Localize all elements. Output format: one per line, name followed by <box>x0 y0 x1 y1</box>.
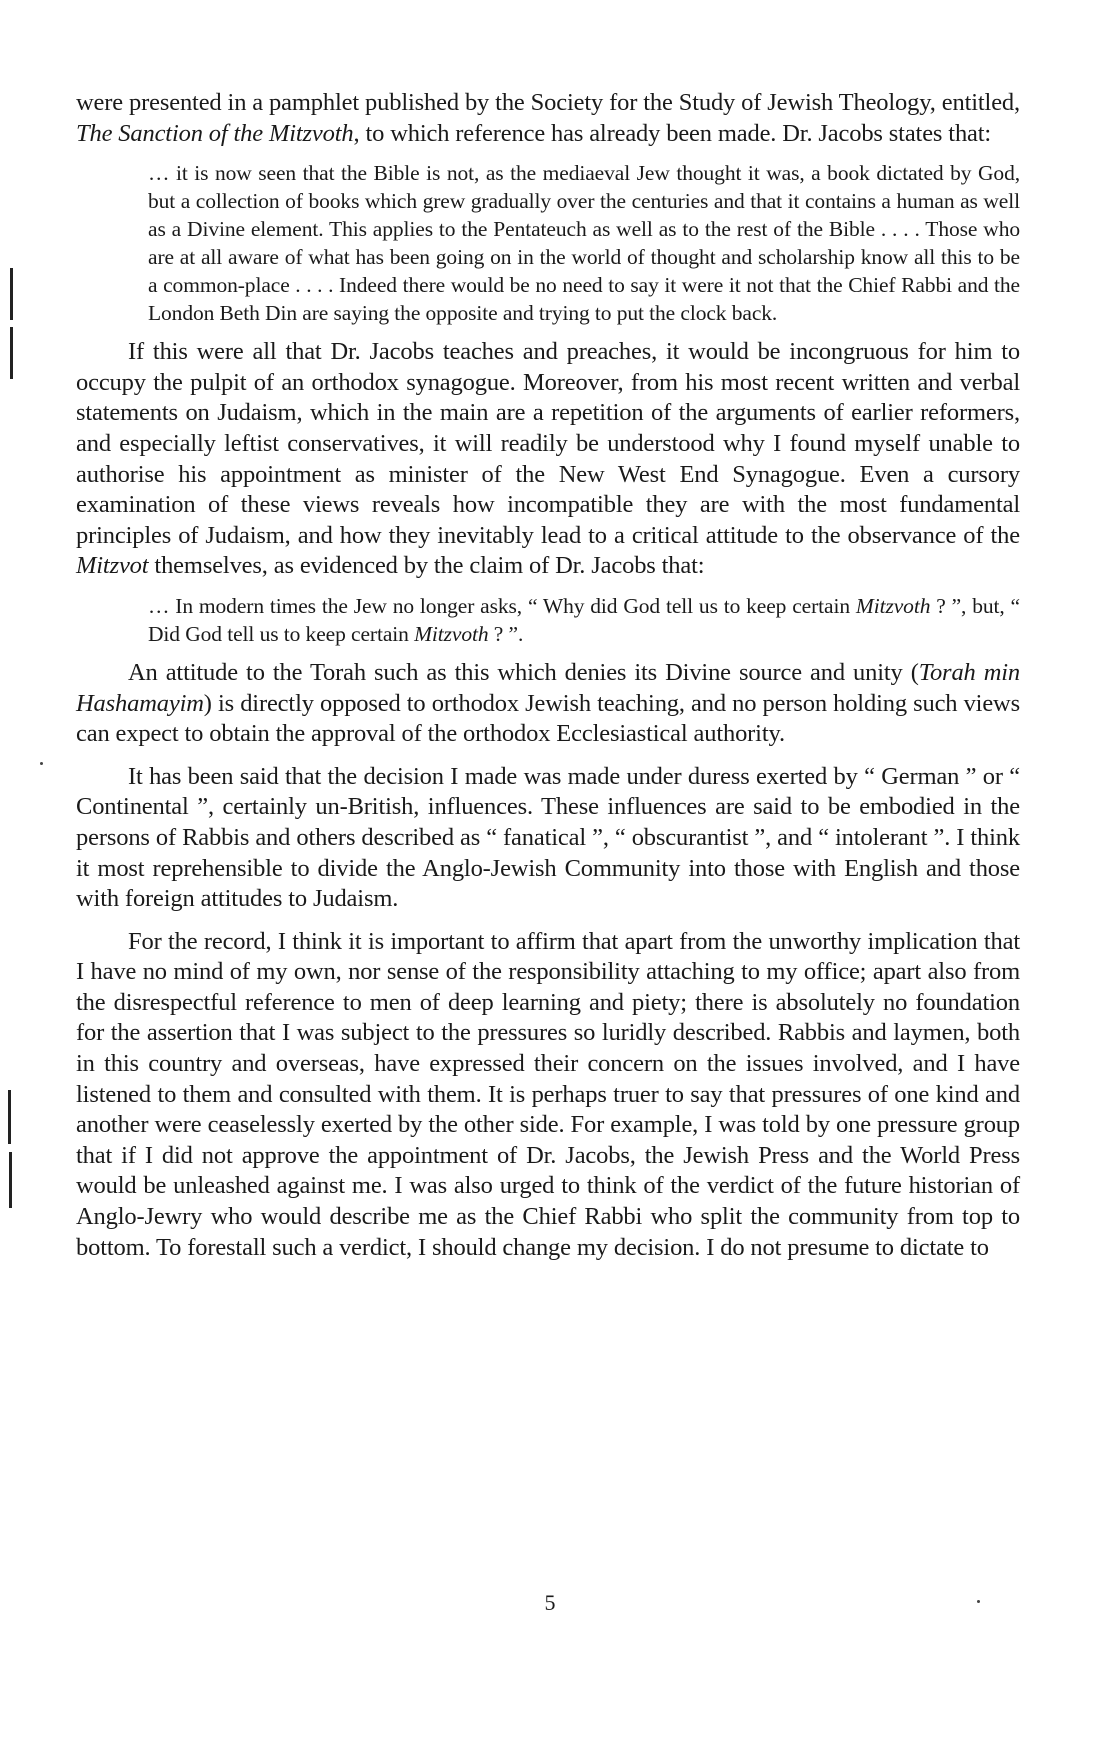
italic-title: The Sanction of the Mitzvoth <box>76 120 354 147</box>
italic-title: Mitzvot <box>76 552 148 579</box>
body-paragraph: It has been said that the decision I mad… <box>76 762 1020 915</box>
paragraph-gap <box>76 915 1020 927</box>
block-quote: … it is now seen that the Bible is not, … <box>148 159 1020 327</box>
paragraph-gap <box>76 327 1020 337</box>
body-paragraph: were presented in a pamphlet published b… <box>76 88 1020 149</box>
text-run: An attitude to the Torah such as this wh… <box>128 659 919 686</box>
text-run: … In modern times the Jew no longer asks… <box>148 594 856 618</box>
paragraph-gap <box>76 582 1020 592</box>
italic-title: Mitzvoth <box>414 622 488 646</box>
text-run: If this were all that Dr. Jacobs teaches… <box>76 338 1020 549</box>
body-paragraph: If this were all that Dr. Jacobs teaches… <box>76 337 1020 582</box>
margin-annotation-mark <box>10 327 13 379</box>
margin-annotation-mark <box>9 1152 12 1208</box>
text-run: … it is now seen that the Bible is not, … <box>148 161 1020 325</box>
paragraph-gap <box>76 149 1020 159</box>
paragraph-gap <box>76 648 1020 658</box>
text-run: ? ”. <box>489 622 524 646</box>
text-run: It has been said that the decision I mad… <box>76 763 1020 912</box>
margin-annotation-mark <box>8 1090 11 1144</box>
body-paragraph: For the record, I think it is important … <box>76 927 1020 1264</box>
italic-title: Mitzvoth <box>856 594 930 618</box>
page-number: 5 <box>0 1590 1100 1616</box>
margin-annotation-mark <box>10 268 13 320</box>
text-run: , to which reference has already been ma… <box>354 120 992 147</box>
body-paragraph: An attitude to the Torah such as this wh… <box>76 658 1020 750</box>
speck <box>643 940 646 943</box>
paragraph-gap <box>76 750 1020 762</box>
text-run: ) is directly opposed to orthodox Jewish… <box>76 690 1020 748</box>
text-run: For the record, I think it is important … <box>76 928 1020 1261</box>
text-run: themselves, as evidenced by the claim of… <box>148 552 704 579</box>
text-run: were presented in a pamphlet published b… <box>76 89 1020 116</box>
speck <box>40 762 43 765</box>
document-page: were presented in a pamphlet published b… <box>76 88 1020 1263</box>
block-quote: … In modern times the Jew no longer asks… <box>148 592 1020 648</box>
